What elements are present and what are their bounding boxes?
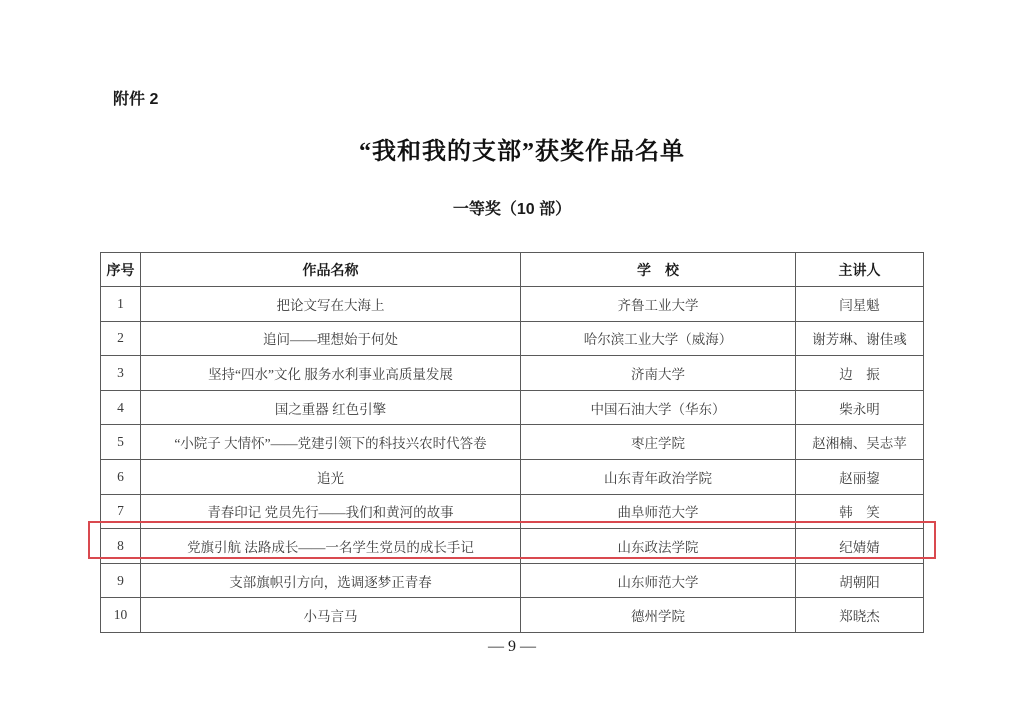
cell-school: 济南大学 [521,356,796,391]
table-row: 8 党旗引航 法路成长——一名学生党员的成长手记 山东政法学院 纪婧婧 [101,529,924,564]
cell-school: 德州学院 [521,598,796,633]
cell-work-title: 青春印记 党员先行——我们和黄河的故事 [141,494,521,529]
cell-serial-number: 10 [101,598,141,633]
cell-work-title: 追光 [141,459,521,494]
table-row: 7 青春印记 党员先行——我们和黄河的故事 曲阜师范大学 韩 笑 [101,494,924,529]
table-header-row: 序号 作品名称 学 校 主讲人 [101,253,924,287]
cell-presenter: 赵丽鋆 [796,459,924,494]
cell-serial-number: 9 [101,563,141,598]
cell-presenter: 边 振 [796,356,924,391]
cell-work-title: “小院子 大情怀”——党建引领下的科技兴农时代答卷 [141,425,521,460]
table-row: 6 追光 山东青年政治学院 赵丽鋆 [101,459,924,494]
cell-work-title: 追问——理想始于何处 [141,321,521,356]
cell-school: 山东青年政治学院 [521,459,796,494]
awards-table: 序号 作品名称 学 校 主讲人 1 把论文写在大海上 齐鲁工业大学 闫星魁 2 … [100,252,924,633]
table-row: 2 追问——理想始于何处 哈尔滨工业大学（威海） 谢芳琳、谢佳彧 [101,321,924,356]
cell-school: 山东师范大学 [521,563,796,598]
table-row: 5 “小院子 大情怀”——党建引领下的科技兴农时代答卷 枣庄学院 赵湘楠、吴志苹 [101,425,924,460]
cell-school: 哈尔滨工业大学（威海） [521,321,796,356]
header-work-title: 作品名称 [141,253,521,287]
cell-serial-number: 6 [101,459,141,494]
cell-presenter: 纪婧婧 [796,529,924,564]
document-page: 附件 2 “我和我的支部”获奖作品名单 一等奖（10 部） 序号 作品名称 学 … [0,0,1024,723]
cell-work-title: 党旗引航 法路成长——一名学生党员的成长手记 [141,529,521,564]
table-row: 9 支部旗帜引方向，选调逐梦正青春 山东师范大学 胡朝阳 [101,563,924,598]
cell-presenter: 韩 笑 [796,494,924,529]
header-school: 学 校 [521,253,796,287]
page-number: — 9 — [0,638,1024,656]
cell-work-title: 把论文写在大海上 [141,287,521,322]
cell-school: 齐鲁工业大学 [521,287,796,322]
cell-presenter: 闫星魁 [796,287,924,322]
cell-school: 枣庄学院 [521,425,796,460]
cell-serial-number: 1 [101,287,141,322]
cell-work-title: 支部旗帜引方向，选调逐梦正青春 [141,563,521,598]
cell-school: 山东政法学院 [521,529,796,564]
cell-school: 中国石油大学（华东） [521,390,796,425]
header-presenter: 主讲人 [796,253,924,287]
cell-serial-number: 3 [101,356,141,391]
cell-presenter: 赵湘楠、吴志苹 [796,425,924,460]
cell-presenter: 郑晓杰 [796,598,924,633]
cell-serial-number: 4 [101,390,141,425]
table-row: 3 坚持“四水”文化 服务水利事业高质量发展 济南大学 边 振 [101,356,924,391]
cell-presenter: 谢芳琳、谢佳彧 [796,321,924,356]
cell-work-title: 坚持“四水”文化 服务水利事业高质量发展 [141,356,521,391]
table-row: 1 把论文写在大海上 齐鲁工业大学 闫星魁 [101,287,924,322]
cell-serial-number: 7 [101,494,141,529]
table-row: 10 小马言马 德州学院 郑晓杰 [101,598,924,633]
cell-serial-number: 5 [101,425,141,460]
prize-tier-subtitle: 一等奖（10 部） [0,196,1024,219]
cell-work-title: 国之重器 红色引擎 [141,390,521,425]
cell-serial-number: 8 [101,529,141,564]
cell-presenter: 胡朝阳 [796,563,924,598]
header-serial-number: 序号 [101,253,141,287]
cell-serial-number: 2 [101,321,141,356]
table-row: 4 国之重器 红色引擎 中国石油大学（华东） 柴永明 [101,390,924,425]
cell-presenter: 柴永明 [796,390,924,425]
document-title: “我和我的支部”获奖作品名单 [0,131,1024,166]
cell-school: 曲阜师范大学 [521,494,796,529]
cell-work-title: 小马言马 [141,598,521,633]
attachment-label: 附件 2 [113,86,158,109]
table-body: 1 把论文写在大海上 齐鲁工业大学 闫星魁 2 追问——理想始于何处 哈尔滨工业… [101,287,924,633]
